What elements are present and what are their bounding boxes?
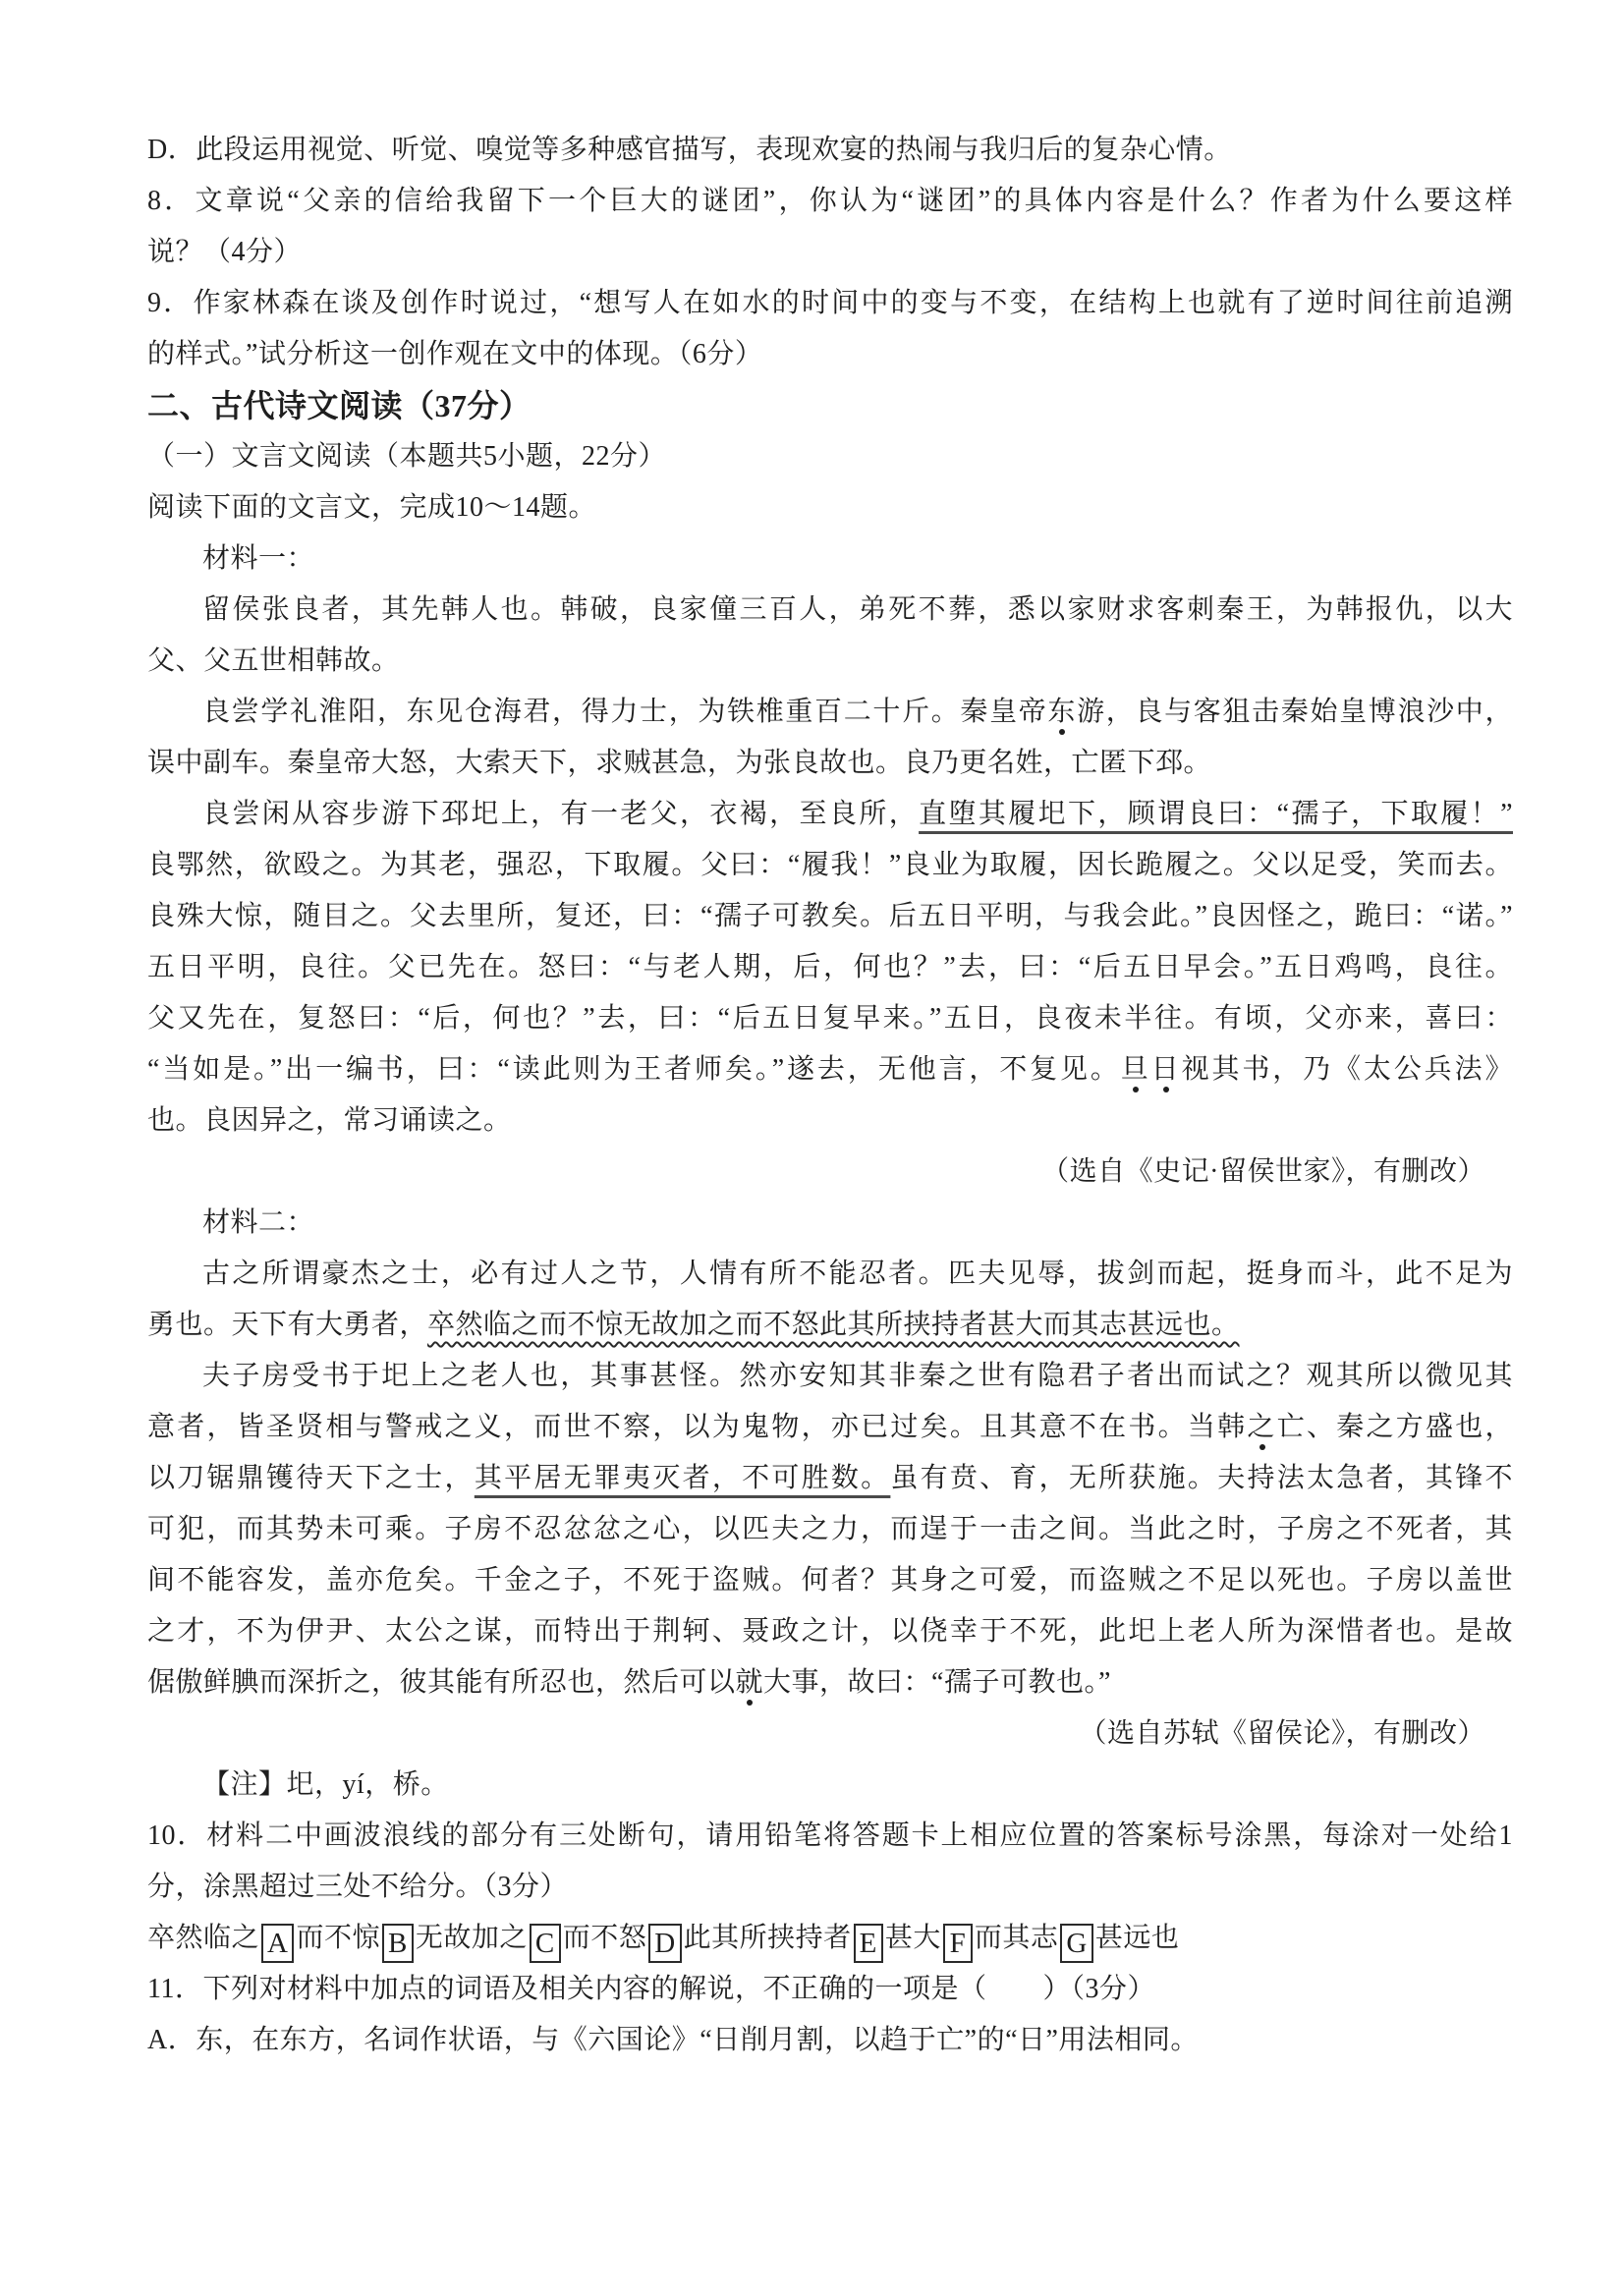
material-1-text: 父又先在，复怒曰：“后，何也？”去，曰：“后五日复早来。”五日，良夜未半往。有顷… bbox=[147, 993, 1513, 1044]
text-run: 良鄂然，欲殴之。为其老，强忍，下取履。父曰：“履我！”良业为取履，因长跪履之。父… bbox=[147, 850, 1513, 880]
answer-choice-box-D: D bbox=[648, 1924, 681, 1963]
emphasis-dotted-char: 就 bbox=[736, 1667, 764, 1698]
answer-choice-box-G: G bbox=[1060, 1924, 1092, 1963]
exam-page-document: D．此段运用视觉、听觉、嗅觉等多种感官描写，表现欢宴的热闹与我归后的复杂心情。8… bbox=[147, 125, 1513, 2066]
material-2-text: 夫子房受书于圯上之老人也，其事甚怪。然亦安知其非秦之世有隐君子者出而试之？观其所… bbox=[147, 1351, 1513, 1402]
text-run: 游，良与客狙击秦始皇博浪沙中， bbox=[1077, 697, 1513, 727]
text-run: 二、古代诗文阅读（37分） bbox=[147, 388, 532, 423]
emphasis-dotted-char: 东 bbox=[1047, 697, 1077, 727]
emphasis-dotted-char: 日 bbox=[1151, 1054, 1182, 1085]
document-lines: D．此段运用视觉、听觉、嗅觉等多种感官描写，表现欢宴的热闹与我归后的复杂心情。8… bbox=[147, 125, 1513, 2066]
text-run: “当如是。”出一编书，曰：“读此则为王者师矣。”遂去，无他言，不复见。 bbox=[147, 1054, 1121, 1085]
text-run: 而其志 bbox=[975, 1923, 1059, 1953]
question-8-line-2: 说？（4分） bbox=[147, 227, 1513, 278]
text-run: 而不惊 bbox=[296, 1923, 380, 1953]
text-run: 以刀锯鼎镬待天下之士， bbox=[147, 1463, 475, 1493]
text-run: 良尝闲从容步游下邳圯上，有一老父，衣褐，至良所， bbox=[202, 799, 919, 829]
option-D-line: D．此段运用视觉、听觉、嗅觉等多种感官描写，表现欢宴的热闹与我归后的复杂心情。 bbox=[147, 125, 1513, 176]
text-run: 五日平明，良往。父已先在。怒曰：“与老人期，后，何也？”去，曰：“后五日早会。”… bbox=[147, 952, 1513, 982]
text-run: 可犯，而其势未可乘。子房不忍忿忿之心，以匹夫之力，而逞于一击之间。当此之时，子房… bbox=[147, 1514, 1513, 1544]
subsection-1-heading: （一）文言文阅读（本题共5小题，22分） bbox=[147, 431, 1513, 482]
material-1-text: 良殊大惊，随目之。父去里所，复还，曰：“孺子可教矣。后五日平明，与我会此。”良因… bbox=[147, 891, 1513, 942]
material-1-text: 父、父五世相韩故。 bbox=[147, 636, 1513, 687]
material-2-text: 意者，皆圣贤相与警戒之义，而世不察，以为鬼物，亦已过矣。且其意不在书。当韩之亡、… bbox=[147, 1402, 1513, 1453]
question-8-line-1: 8．文章说“父亲的信给我留下一个巨大的谜团”，你认为“谜团”的具体内容是什么？作… bbox=[147, 176, 1513, 227]
text-run: （选自苏轼《留侯论》，有删改） bbox=[1079, 1718, 1485, 1749]
text-run: 无故加之 bbox=[416, 1923, 528, 1953]
text-run: 误中副车。秦皇帝大怒，大索天下，求贼甚急，为张良故也。良乃更名姓，亡匿下邳。 bbox=[147, 748, 1211, 778]
text-run: 视其书，乃《太公兵法》 bbox=[1182, 1054, 1513, 1085]
answer-choice-box-C: C bbox=[530, 1924, 561, 1963]
material-1-text: 留侯张良者，其先韩人也。韩破，良家僮三百人，弟死不葬，悉以家财求客刺秦王，为韩报… bbox=[147, 585, 1513, 636]
text-run: 此其所挟持者 bbox=[684, 1923, 852, 1953]
answer-choice-box-B: B bbox=[382, 1924, 414, 1963]
material-1-text: 五日平明，良往。父已先在。怒曰：“与老人期，后，何也？”去，曰：“后五日早会。”… bbox=[147, 942, 1513, 993]
text-run: 甚远也 bbox=[1095, 1923, 1180, 1953]
material-2-text: 之才，不为伊尹、太公之谋，而特出于荆轲、聂政之计，以侥幸于不死，此圯上老人所为深… bbox=[147, 1606, 1513, 1657]
text-run: 良殊大惊，随目之。父去里所，复还，曰：“孺子可教矣。后五日平明，与我会此。”良因… bbox=[147, 901, 1513, 931]
text-run: 的样式。”试分析这一创作观在文中的体现。（6分） bbox=[147, 339, 762, 369]
text-run: 8．文章说“父亲的信给我留下一个巨大的谜团”，你认为“谜团”的具体内容是什么？作… bbox=[147, 186, 1513, 216]
text-run: 11．下列对材料中加点的词语及相关内容的解说，不正确的一项是（ ）（3分） bbox=[147, 1974, 1155, 2004]
text-run: 分，涂黑超过三处不给分。（3分） bbox=[147, 1872, 568, 1902]
wavy-underlined-text: 卒然临之而不惊无故加之而不怒此其所挟持者甚大而其志甚远也。 bbox=[427, 1310, 1240, 1340]
text-run: 甚大 bbox=[885, 1923, 941, 1953]
material-2-text: 勇也。天下有大勇者，卒然临之而不惊无故加之而不怒此其所挟持者甚大而其志甚远也。 bbox=[147, 1300, 1513, 1351]
text-run: 父又先在，复怒曰：“后，何也？”去，曰：“后五日复早来。”五日，良夜未半往。有顷… bbox=[147, 1003, 1513, 1034]
material-2-label: 材料二： bbox=[147, 1198, 1513, 1249]
material-1-text: 良尝闲从容步游下邳圯上，有一老父，衣褐，至良所，直堕其履圯下，顾谓良曰：“孺子，… bbox=[147, 789, 1513, 840]
emphasis-dotted-char: 之 bbox=[1247, 1412, 1276, 1442]
note-line: 【注】圯，yí，桥。 bbox=[147, 1760, 1513, 1811]
question-9-line-2: 的样式。”试分析这一创作观在文中的体现。（6分） bbox=[147, 329, 1513, 380]
text-run: 材料二： bbox=[202, 1207, 314, 1238]
text-run: 大事，故曰：“孺子可教也。” bbox=[763, 1667, 1111, 1698]
text-run: 倨傲鲜腆而深折之，彼其能有所忍也，然后可以 bbox=[147, 1667, 736, 1698]
underlined-text: 其平居无罪夷灭者，不可胜数。 bbox=[475, 1463, 891, 1493]
underlined-text: 直堕其履圯下，顾谓良曰：“孺子，下取履！” bbox=[919, 799, 1513, 829]
option-A-line: A．东，在东方，名词作状语，与《六国论》“日削月割，以趋于亡”的“日”用法相同。 bbox=[147, 2015, 1513, 2066]
text-run: 而不怒 bbox=[563, 1923, 647, 1953]
text-run: 夫子房受书于圯上之老人也，其事甚怪。然亦安知其非秦之世有隐君子者出而试之？观其所… bbox=[202, 1361, 1513, 1391]
material-1-text: 良鄂然，欲殴之。为其老，强忍，下取履。父曰：“履我！”良业为取履，因长跪履之。父… bbox=[147, 840, 1513, 891]
question-10-line-2: 分，涂黑超过三处不给分。（3分） bbox=[147, 1862, 1513, 1913]
material-2-source: （选自苏轼《留侯论》，有删改） bbox=[147, 1708, 1513, 1760]
text-run: 材料一： bbox=[202, 543, 314, 574]
answer-choice-box-A: A bbox=[261, 1924, 294, 1963]
question-10-line-1: 10．材料二中画波浪线的部分有三处断句，请用铅笔将答题卡上相应位置的答案标号涂黑… bbox=[147, 1811, 1513, 1862]
text-run: 古之所谓豪杰之士，必有过人之节，人情有所不能忍者。匹夫见辱，拔剑而起，挺身而斗，… bbox=[202, 1259, 1513, 1289]
text-run: 阅读下面的文言文，完成10～14题。 bbox=[147, 492, 596, 523]
text-run: 卒然临之 bbox=[147, 1923, 259, 1953]
text-run: 亡、秦之方盛也， bbox=[1277, 1412, 1513, 1442]
text-run: 9．作家林森在谈及创作时说过，“想写人在如水的时间中的变与不变，在结构上也就有了… bbox=[147, 288, 1513, 318]
material-1-text: 误中副车。秦皇帝大怒，大索天下，求贼甚急，为张良故也。良乃更名姓，亡匿下邳。 bbox=[147, 738, 1513, 789]
text-run: 10．材料二中画波浪线的部分有三处断句，请用铅笔将答题卡上相应位置的答案标号涂黑… bbox=[147, 1820, 1513, 1851]
question-11-line: 11．下列对材料中加点的词语及相关内容的解说，不正确的一项是（ ）（3分） bbox=[147, 1964, 1513, 2015]
text-run: 也。良因异之，常习诵读之。 bbox=[147, 1105, 512, 1136]
material-2-text: 倨傲鲜腆而深折之，彼其能有所忍也，然后可以就大事，故曰：“孺子可教也。” bbox=[147, 1657, 1513, 1708]
material-1-label: 材料一： bbox=[147, 533, 1513, 585]
material-1-text: “当如是。”出一编书，曰：“读此则为王者师矣。”遂去，无他言，不复见。旦日视其书… bbox=[147, 1044, 1513, 1095]
material-2-text: 以刀锯鼎镬待天下之士，其平居无罪夷灭者，不可胜数。虽有贲、育，无所获施。夫持法太… bbox=[147, 1453, 1513, 1504]
text-run: 说？（4分） bbox=[147, 237, 302, 267]
material-1-source: （选自《史记·留侯世家》，有删改） bbox=[147, 1147, 1513, 1198]
text-run: 间不能容发，盖亦危矣。千金之子，不死于盗贼。何者？其身之可爱，而盗贼之不足以死也… bbox=[147, 1565, 1513, 1596]
text-run: D．此段运用视觉、听觉、嗅觉等多种感官描写，表现欢宴的热闹与我归后的复杂心情。 bbox=[147, 135, 1232, 165]
section-2-heading: 二、古代诗文阅读（37分） bbox=[147, 380, 1513, 431]
answer-choice-box-E: E bbox=[854, 1924, 883, 1963]
answer-choice-box-F: F bbox=[943, 1924, 973, 1963]
text-run: （选自《史记·留侯世家》，有删改） bbox=[1041, 1156, 1485, 1187]
text-run: 虽有贲、育，无所获施。夫持法太急者，其锋不 bbox=[890, 1463, 1513, 1493]
text-run: （一）文言文阅读（本题共5小题，22分） bbox=[147, 441, 666, 472]
material-2-text: 古之所谓豪杰之士，必有过人之节，人情有所不能忍者。匹夫见辱，拔剑而起，挺身而斗，… bbox=[147, 1249, 1513, 1300]
text-run: 勇也。天下有大勇者， bbox=[147, 1310, 427, 1340]
material-1-text: 也。良因异之，常习诵读之。 bbox=[147, 1095, 1513, 1147]
text-run: 留侯张良者，其先韩人也。韩破，良家僮三百人，弟死不葬，悉以家财求客刺秦王，为韩报… bbox=[202, 594, 1513, 625]
text-run: A．东，在东方，名词作状语，与《六国论》“日削月割，以趋于亡”的“日”用法相同。 bbox=[147, 2025, 1199, 2055]
text-run: 良尝学礼淮阳，东见仓海君，得力士，为铁椎重百二十斤。秦皇帝 bbox=[202, 697, 1047, 727]
text-run: 意者，皆圣贤相与警戒之义，而世不察，以为鬼物，亦已过矣。且其意不在书。当韩 bbox=[147, 1412, 1247, 1442]
material-1-text: 良尝学礼淮阳，东见仓海君，得力士，为铁椎重百二十斤。秦皇帝东游，良与客狙击秦始皇… bbox=[147, 687, 1513, 738]
reading-instruction: 阅读下面的文言文，完成10～14题。 bbox=[147, 482, 1513, 533]
material-2-text: 可犯，而其势未可乘。子房不忍忿忿之心，以匹夫之力，而逞于一击之间。当此之时，子房… bbox=[147, 1504, 1513, 1555]
text-run: 之才，不为伊尹、太公之谋，而特出于荆轲、聂政之计，以侥幸于不死，此圯上老人所为深… bbox=[147, 1616, 1513, 1647]
emphasis-dotted-char: 旦 bbox=[1121, 1054, 1151, 1085]
text-run: 父、父五世相韩故。 bbox=[147, 645, 400, 676]
material-2-text: 间不能容发，盖亦危矣。千金之子，不死于盗贼。何者？其身之可爱，而盗贼之不足以死也… bbox=[147, 1555, 1513, 1606]
text-run: 【注】圯，yí，桥。 bbox=[202, 1769, 449, 1800]
sentence-breaking-line: 卒然临之A而不惊B无故加之C而不怒D此其所挟持者E甚大F而其志G甚远也 bbox=[147, 1913, 1513, 1964]
question-9-line-1: 9．作家林森在谈及创作时说过，“想写人在如水的时间中的变与不变，在结构上也就有了… bbox=[147, 278, 1513, 329]
